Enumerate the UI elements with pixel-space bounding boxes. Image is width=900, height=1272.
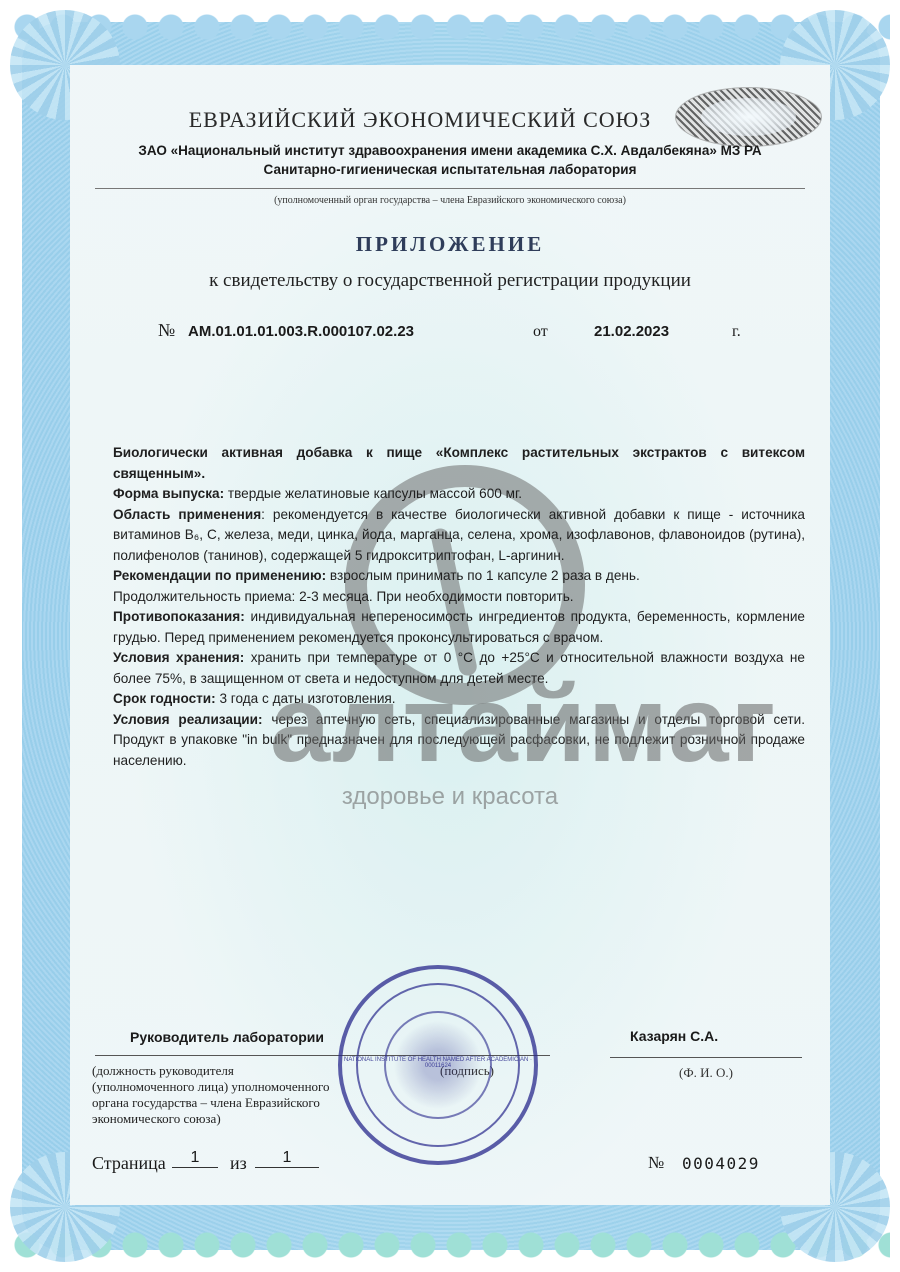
of-label: из (230, 1153, 247, 1174)
institute-name: ЗАО «Национальный институт здравоохранен… (70, 143, 830, 158)
serial-sign: № (648, 1153, 664, 1173)
signatory-position: Руководитель лаборатории (130, 1029, 324, 1045)
signatory-name: Казарян С.А. (630, 1028, 718, 1044)
number-sign: № (158, 320, 175, 341)
from-label: от (533, 323, 548, 341)
registration-date: 21.02.2023 (594, 323, 669, 340)
name-caption: (Ф. И. О.) (610, 1065, 802, 1081)
position-note: (должность руководителя (уполномоченного… (92, 1063, 330, 1127)
name-line (610, 1057, 802, 1058)
section-contraindications: Противопоказания: индивидуальная неперен… (113, 607, 805, 648)
hologram-sticker (675, 87, 822, 147)
watermark-brand: алтаймаг (270, 670, 778, 778)
page-current: 1 (172, 1149, 218, 1168)
year-suffix: г. (732, 323, 741, 341)
document-subtitle: к свидетельству о государственной регист… (70, 270, 830, 292)
certificate-page: ЕВРАЗИЙСКИЙ ЭКОНОМИЧЕСКИЙ СОЮЗ ЗАО «Наци… (70, 65, 830, 1205)
form-serial-number: 0004029 (682, 1154, 760, 1173)
section-recommendations: Рекомендации по применению: взрослым при… (113, 566, 805, 587)
section-release-form: Форма выпуска: твердые желатиновые капсу… (113, 484, 805, 505)
authority-note: (уполномоченный орган государства – член… (70, 195, 830, 206)
page-label: Страница (92, 1153, 166, 1174)
document-title: ПРИЛОЖЕНИЕ (70, 232, 830, 257)
section-duration: Продолжительность приема: 2-3 месяца. Пр… (113, 587, 805, 608)
page-total: 1 (255, 1149, 319, 1168)
divider (95, 188, 805, 189)
watermark-tagline: здоровье и красота (70, 783, 830, 811)
union-heading: ЕВРАЗИЙСКИЙ ЭКОНОМИЧЕСКИЙ СОЮЗ (70, 107, 770, 133)
product-name: Биологически активная добавка к пище «Ко… (113, 443, 805, 484)
stamp-text: NATIONAL INSTITUTE OF HEALTH NAMED AFTER… (342, 1057, 534, 1069)
official-stamp-icon: NATIONAL INSTITUTE OF HEALTH NAMED AFTER… (338, 965, 538, 1165)
registration-number: AM.01.01.01.003.R.000107.02.23 (188, 323, 414, 340)
section-application: Область применения: рекомендуется в каче… (113, 505, 805, 567)
laboratory-name: Санитарно-гигиеническая испытательная ла… (70, 162, 830, 177)
